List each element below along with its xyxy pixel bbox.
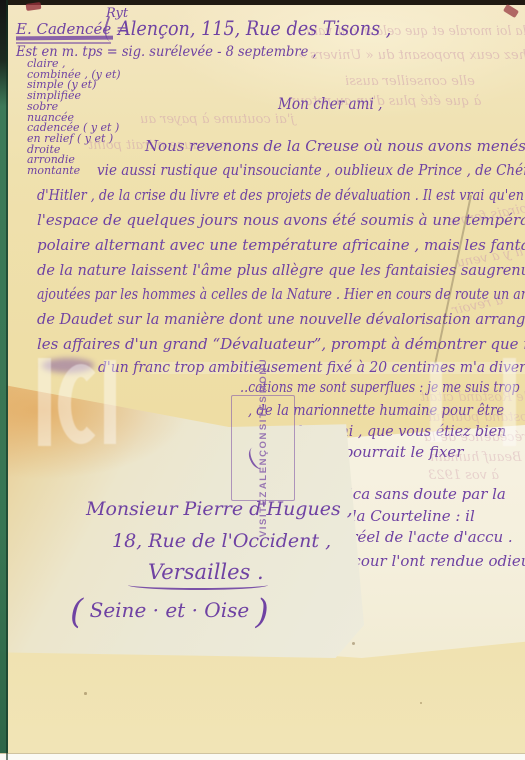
scan-edge-bottom [0, 753, 525, 760]
versailles-underline [128, 580, 268, 590]
list-item: montante [27, 164, 80, 177]
close-paren: ) [256, 592, 269, 632]
fragment-line: à la Courteline : il [338, 507, 475, 525]
double-underline [16, 36, 113, 41]
body-line: les affaires d'un grand “Dévaluateur”, p… [37, 335, 525, 353]
paper-speck [84, 692, 87, 695]
envelope-address-line-1: Monsieur Pierre d'Hugues , [86, 498, 353, 520]
verso-ghost-line: le chez ceux proposant du « Univers » [298, 48, 525, 63]
double-underline [16, 42, 111, 44]
stamp-line-alencon: ALENÇON [257, 431, 270, 489]
verso-ghost-line: j'ai coutume à payer au [140, 112, 294, 127]
fragment-line: ‥ica sans doute par la [338, 485, 506, 503]
body-line: vie aussi rustique qu'insouciante , oubl… [97, 161, 525, 179]
envelope-address-line-4: ( Seine · et · Oise ) [70, 592, 269, 632]
scan-edge-top [0, 0, 525, 5]
stamp-line-monu: MONU [257, 358, 270, 393]
paper-speck [420, 702, 422, 704]
stamp-line-visitez: VISITEZ [257, 490, 270, 537]
scanned-letter: à la loi morale et que cela m'ont valule… [0, 0, 525, 760]
envelope-address-line-2: 18, Rue de l'Occident , [112, 530, 331, 552]
body-line: polaire alternant avec une température a… [37, 236, 525, 254]
scan-edge-left-line [6, 0, 8, 760]
body-line: de Daudet sur la manière dont une nouvel… [37, 310, 525, 328]
stamp-text: VISITEZ ALENÇON SITES MONU [257, 358, 270, 537]
verso-ghost-line: à vos 1923 [428, 468, 499, 483]
visitez-alencon-stamp: VISITEZ ALENÇON SITES MONU [231, 395, 295, 501]
body-line: Nous revenons de la Creuse où nous avons… [145, 137, 525, 155]
covered-line: ‥cations me sont superflues : je me suis… [240, 378, 519, 396]
stamp-line-sites: SITES [257, 395, 270, 430]
open-paren: ( [70, 592, 83, 632]
departement-label: Seine · et · Oise [90, 598, 250, 622]
fragment-line: + réel de l'acte d'accu . [333, 528, 513, 546]
salutation: Mon cher ami , [278, 94, 382, 113]
header-line-1-right: Alençon, 115, Rue des Tisons , [118, 16, 391, 40]
body-line: d'Hitler , de la crise du livre et des p… [37, 186, 524, 204]
paper-speck [352, 642, 355, 645]
body-line: d'un franc trop ambitieusement fixé à 20… [98, 358, 525, 376]
body-line: l'espace de quelques jours nous avons ét… [37, 211, 525, 229]
verso-ghost-line: elle conseiller aussi [345, 74, 475, 89]
ink-smudge [42, 358, 94, 373]
